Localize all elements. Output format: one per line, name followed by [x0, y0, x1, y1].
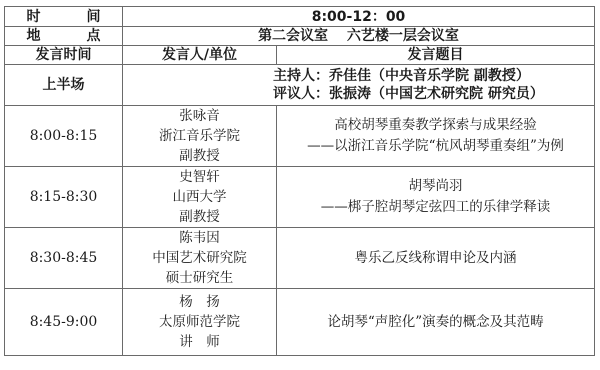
time-row: 时 间 8:00-12：00	[5, 7, 595, 27]
talk-topic: 粤乐乙反线称谓申论及内涵	[277, 228, 595, 289]
session-name: 上半场	[5, 65, 123, 106]
column-header-time: 发言时间	[5, 46, 123, 65]
speaker-title: 讲 师	[123, 332, 276, 352]
session-chairs: 主持人：乔佳佳（中央音乐学院 副教授） 评议人：张振涛（中国艺术研究院 研究员）	[123, 65, 595, 106]
time-value: 8:00-12：00	[123, 7, 595, 27]
time-label: 时 间	[27, 8, 101, 26]
speaker-name: 张咏音	[123, 106, 276, 126]
time-label-cell: 时 间	[5, 7, 123, 27]
speaker-unit: 浙江音乐学院	[123, 126, 276, 146]
location-value: 第二会议室 六艺楼一层会议室	[123, 27, 595, 46]
speaker-name: 陈韦因	[123, 228, 276, 248]
topic-main: 高校胡琴重奏教学探索与成果经验	[277, 115, 594, 136]
schedule-table: 时 间 8:00-12：00 地 点 第二会议室 六艺楼一层会议室 发言时间 发…	[4, 6, 595, 356]
speaker-name: 史智轩	[123, 167, 276, 187]
topic-main: 胡琴尚羽	[277, 176, 594, 197]
talk-time: 8:15-8:30	[5, 167, 123, 228]
column-header-row: 发言时间 发言人/单位 发言题目	[5, 46, 595, 65]
schedule-table-container: 时 间 8:00-12：00 地 点 第二会议室 六艺楼一层会议室 发言时间 发…	[4, 6, 594, 365]
time-label-char-2: 间	[87, 9, 101, 25]
time-label-char-1: 时	[27, 9, 62, 25]
talk-topic: 高校胡琴重奏教学探索与成果经验 ——以浙江音乐学院“杭风胡琴重奏组”为例	[277, 106, 595, 167]
table-row: 8:45-9:00 杨 扬 太原师范学院 讲 师 论胡琴“声腔化”演奏的概念及其…	[5, 289, 595, 356]
speaker-name: 杨 扬	[123, 292, 276, 312]
talk-time: 8:30-8:45	[5, 228, 123, 289]
location-label-char-1: 地	[27, 28, 62, 44]
talk-topic: 胡琴尚羽 ——梆子腔胡琴定弦四工的乐律学释读	[277, 167, 595, 228]
table-row: 8:30-8:45 陈韦因 中国艺术研究院 硕士研究生 粤乐乙反线称谓申论及内涵	[5, 228, 595, 289]
topic-subtitle: ——梆子腔胡琴定弦四工的乐律学释读	[277, 197, 594, 218]
talk-speaker: 张咏音 浙江音乐学院 副教授	[123, 106, 277, 167]
column-header-topic: 发言题目	[277, 46, 595, 65]
talk-speaker: 杨 扬 太原师范学院 讲 师	[123, 289, 277, 356]
topic-subtitle: ——以浙江音乐学院“杭风胡琴重奏组”为例	[277, 136, 594, 157]
location-label-char-2: 点	[87, 28, 101, 44]
session-host: 主持人：乔佳佳（中央音乐学院 副教授）	[273, 67, 594, 85]
table-row: 8:00-8:15 张咏音 浙江音乐学院 副教授 高校胡琴重奏教学探索与成果经验…	[5, 106, 595, 167]
talk-speaker: 陈韦因 中国艺术研究院 硕士研究生	[123, 228, 277, 289]
topic-main: 论胡琴“声腔化”演奏的概念及其范畴	[277, 312, 594, 333]
speaker-title: 副教授	[123, 146, 276, 166]
table-row: 8:15-8:30 史智轩 山西大学 副教授 胡琴尚羽 ——梆子腔胡琴定弦四工的…	[5, 167, 595, 228]
column-header-speaker: 发言人/单位	[123, 46, 277, 65]
speaker-title: 硕士研究生	[123, 268, 276, 288]
speaker-unit: 中国艺术研究院	[123, 248, 276, 268]
speaker-unit: 太原师范学院	[123, 312, 276, 332]
location-label: 地 点	[27, 27, 101, 45]
talk-time: 8:00-8:15	[5, 106, 123, 167]
location-label-cell: 地 点	[5, 27, 123, 46]
topic-main: 粤乐乙反线称谓申论及内涵	[277, 248, 594, 269]
session-reviewer: 评议人：张振涛（中国艺术研究院 研究员）	[273, 85, 594, 103]
talk-topic: 论胡琴“声腔化”演奏的概念及其范畴	[277, 289, 595, 356]
location-row: 地 点 第二会议室 六艺楼一层会议室	[5, 27, 595, 46]
session-row: 上半场 主持人：乔佳佳（中央音乐学院 副教授） 评议人：张振涛（中国艺术研究院 …	[5, 65, 595, 106]
talk-speaker: 史智轩 山西大学 副教授	[123, 167, 277, 228]
speaker-title: 副教授	[123, 207, 276, 227]
speaker-unit: 山西大学	[123, 187, 276, 207]
talk-time: 8:45-9:00	[5, 289, 123, 356]
